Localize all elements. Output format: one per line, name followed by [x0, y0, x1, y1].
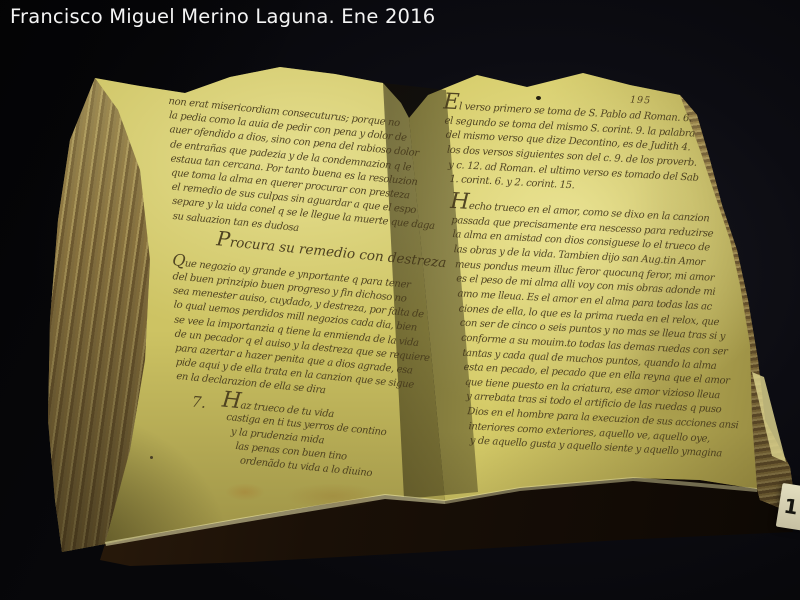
- right-paragraph-1: El verso primero se toma de S. Pablo ad …: [439, 97, 753, 203]
- page-number: 195: [630, 94, 652, 106]
- museum-photo-manuscript: Francisco Miguel Merino Laguna. Ene 2016…: [0, 0, 800, 600]
- right-paragraph-2: Hecho trueco en el amor, como se dixo en…: [425, 196, 748, 463]
- right-page-text: El verso primero se toma de S. Pablo ad …: [417, 92, 753, 463]
- page-stain: [225, 483, 265, 501]
- exhibit-label-number: 1: [777, 493, 799, 520]
- page-stain: [285, 483, 380, 509]
- photo-caption: Francisco Miguel Merino Laguna. Ene 2016: [10, 5, 435, 28]
